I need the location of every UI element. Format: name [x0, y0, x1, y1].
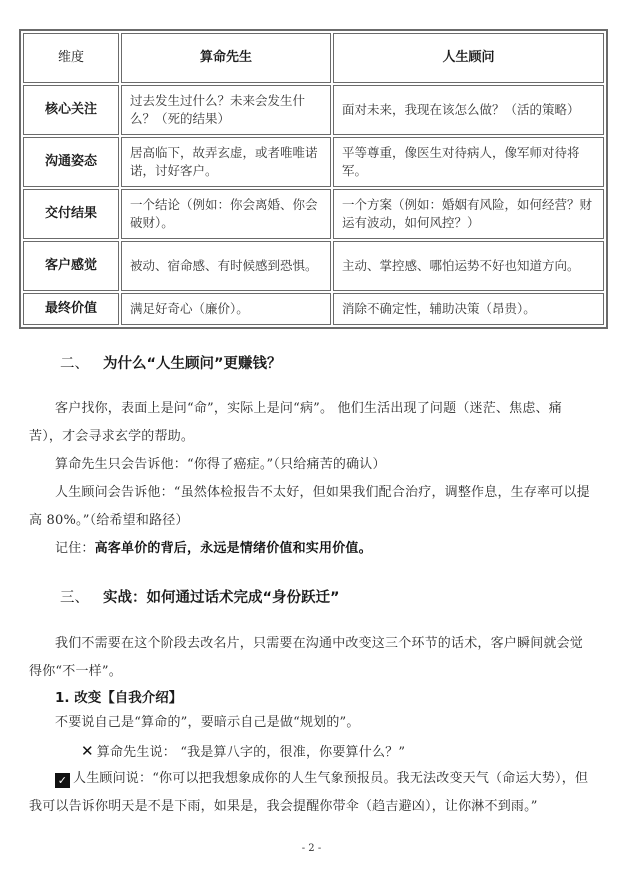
row-dimension: 客户感觉: [23, 241, 119, 291]
document-page: 维度 算命先生 人生顾问 核心关注 过去发生过什么？未来会发生什么？（死的结果）…: [0, 0, 623, 869]
table-row: 客户感觉 被动、宿命感、有时候感到恐惧。 主动、掌控感、哪怕运势不好也知道方向。: [23, 241, 604, 291]
table-row: 交付结果 一个结论（例如：你会离婚、你会破财）。 一个方案（例如：婚姻有风险，如…: [23, 189, 604, 239]
row-life-advisor: 主动、掌控感、哪怕运势不好也知道方向。: [333, 241, 604, 291]
section3-heading: 三、实战：如何通过话术完成“身份跃迁”: [60, 586, 340, 607]
row-fortune-teller: 一个结论（例如：你会离婚、你会破财）。: [121, 189, 331, 239]
section2-number: 二、: [60, 356, 89, 372]
row-fortune-teller: 满足好奇心（廉价）。: [121, 293, 331, 325]
page-number: - 2 -: [0, 843, 623, 854]
note-label: 记住：: [55, 541, 95, 556]
row-fortune-teller: 过去发生过什么？未来会发生什么？（死的结果）: [121, 85, 331, 135]
section2-paragraph-2: 算命先生只会告诉他：“你得了癌症。”（只给痛苦的确认）: [29, 451, 595, 479]
x-mark-icon: ✕: [55, 737, 94, 765]
row-fortune-teller: 被动、宿命感、有时候感到恐惧。: [121, 241, 331, 291]
row-life-advisor: 面对未来，我现在该怎么做？（活的策略）: [333, 85, 604, 135]
header-fortune-teller: 算命先生: [121, 33, 331, 83]
row-life-advisor: 消除不确定性，辅助决策（昂贵）。: [333, 293, 604, 325]
section3-number: 三、: [60, 590, 89, 606]
row-life-advisor: 一个方案（例如：婚姻有风险，如何经营？财运有波动，如何风控？）: [333, 189, 604, 239]
right-example: ✓人生顾问说：“你可以把我想象成你的人生气象预报员。我无法改变天气（命运大势），…: [29, 765, 595, 821]
wrong-example: ✕算命先生说： “我是算八字的，很准，你要算什么？”: [29, 737, 595, 767]
wrong-example-text: 算命先生说： “我是算八字的，很准，你要算什么？”: [97, 745, 405, 760]
row-dimension: 最终价值: [23, 293, 119, 325]
section2-note: 记住：高客单价的背后，永远是情绪价值和实用价值。: [29, 535, 595, 563]
subsection-title: 1. 改变【自我介绍】: [55, 686, 182, 706]
checkbox-checked-icon: ✓: [55, 773, 70, 788]
table-header-row: 维度 算命先生 人生顾问: [23, 33, 604, 83]
section2-paragraph-3: 人生顾问会告诉他：“虽然体检报告不太好，但如果我们配合治疗，调整作息，生存率可以…: [29, 479, 595, 535]
section3-intro: 我们不需要在这个阶段去改名片，只需要在沟通中改变这三个环节的话术，客户瞬间就会觉…: [29, 630, 595, 686]
table-row: 核心关注 过去发生过什么？未来会发生什么？（死的结果） 面对未来，我现在该怎么做…: [23, 85, 604, 135]
header-life-advisor: 人生顾问: [333, 33, 604, 83]
table-row: 沟通姿态 居高临下，故弄玄虚，或者唯唯诺诺，讨好客户。 平等尊重，像医生对待病人…: [23, 137, 604, 187]
subsection-lead: 不要说自己是“算命的”，要暗示自己是做“规划的”。: [29, 709, 595, 737]
row-life-advisor: 平等尊重，像医生对待病人，像军师对待将军。: [333, 137, 604, 187]
header-dimension: 维度: [23, 33, 119, 83]
row-dimension: 交付结果: [23, 189, 119, 239]
note-emphasis: 高客单价的背后，永远是情绪价值和实用价值。: [95, 541, 372, 556]
row-fortune-teller: 居高临下，故弄玄虚，或者唯唯诺诺，讨好客户。: [121, 137, 331, 187]
right-example-text: 人生顾问说：“你可以把我想象成你的人生气象预报员。我无法改变天气（命运大势），但…: [29, 771, 588, 814]
section2-title: 为什么“人生顾问”更赚钱？: [103, 356, 282, 372]
comparison-table: 维度 算命先生 人生顾问 核心关注 过去发生过什么？未来会发生什么？（死的结果）…: [19, 29, 608, 329]
section3-title: 实战：如何通过话术完成“身份跃迁”: [103, 590, 340, 606]
row-dimension: 核心关注: [23, 85, 119, 135]
section2-heading: 二、为什么“人生顾问”更赚钱？: [60, 352, 282, 373]
section2-paragraph-1: 客户找你，表面上是问“命”，实际上是问“病”。 他们生活出现了问题（迷茫、焦虑、…: [29, 395, 595, 451]
row-dimension: 沟通姿态: [23, 137, 119, 187]
table-row: 最终价值 满足好奇心（廉价）。 消除不确定性，辅助决策（昂贵）。: [23, 293, 604, 325]
